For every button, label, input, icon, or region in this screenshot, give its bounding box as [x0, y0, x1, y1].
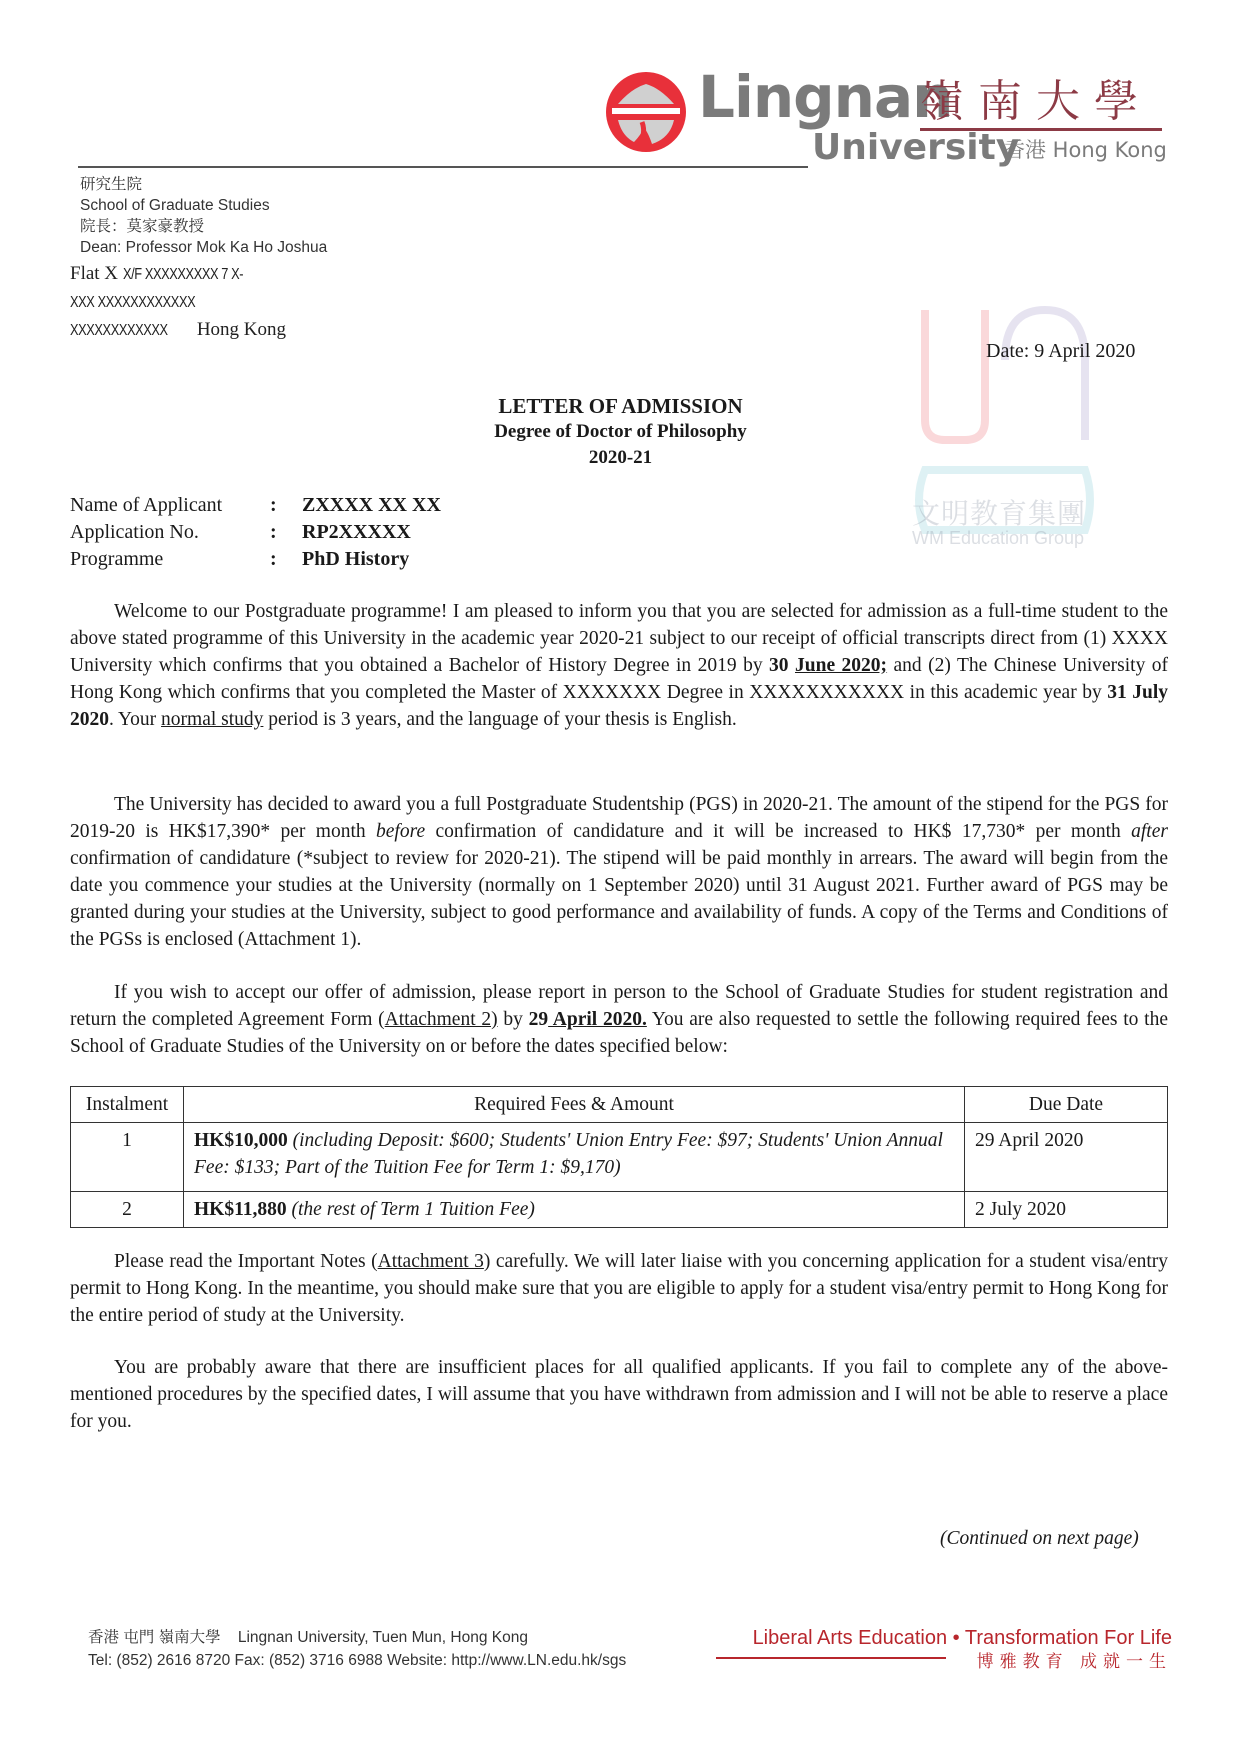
brand-name: Lingnan — [698, 68, 952, 126]
continued-note: (Continued on next page) — [940, 1528, 1139, 1550]
footer-address-en: Lingnan University, Tuen Mun, Hong Kong — [238, 1629, 528, 1646]
address-line-1: Flat X X/F XXXXXXXXX 7 X- — [70, 260, 286, 288]
attachment-ref: Attachment 2) — [385, 1009, 498, 1030]
footer-address: 香港 屯門 嶺南大學 Lingnan University, Tuen Mun,… — [88, 1626, 626, 1649]
text: Please read the Important Notes ( — [114, 1251, 378, 1272]
brand-university: University — [812, 130, 1019, 166]
footer-contact: 香港 屯門 嶺南大學 Lingnan University, Tuen Mun,… — [88, 1626, 626, 1672]
column-header: Due Date — [965, 1087, 1168, 1123]
fee-details: (the rest of Term 1 Tuition Fee) — [287, 1199, 535, 1220]
fee-cell: HK$10,000 (including Deposit: $600; Stud… — [184, 1123, 965, 1192]
slogan-en: Liberal Arts Education • Transformation … — [736, 1626, 1172, 1650]
info-value: ZXXXX XX XX — [302, 492, 441, 519]
address-masked: XXXXXXXXXXXX — [70, 317, 168, 344]
attachment-ref: Attachment 3 — [378, 1251, 484, 1272]
column-header: Instalment — [71, 1087, 184, 1123]
column-header: Required Fees & Amount — [184, 1087, 965, 1123]
address-masked: X/F XXXXXXXXX 7 X- — [123, 261, 243, 288]
fees-table: Instalment Required Fees & Amount Due Da… — [70, 1086, 1168, 1228]
paragraph-studentship: The University has decided to award you … — [70, 791, 1168, 953]
paragraph-places: You are probably aware that there are in… — [70, 1354, 1168, 1435]
paragraph-welcome: Welcome to our Postgraduate programme! I… — [70, 598, 1168, 733]
due-date: 2 July 2020 — [965, 1192, 1168, 1228]
due-date: 29 April 2020 — [965, 1123, 1168, 1192]
instalment-number: 1 — [71, 1123, 184, 1192]
address-city: Hong Kong — [197, 319, 286, 340]
footer-slogan: Liberal Arts Education • Transformation … — [736, 1626, 1172, 1674]
letter-date: Date: 9 April 2020 — [986, 340, 1135, 363]
info-label: Application No. — [70, 519, 270, 546]
table-header-row: Instalment Required Fees & Amount Due Da… — [71, 1087, 1168, 1123]
programme-row: Programme : PhD History — [70, 546, 441, 573]
text: confirmation of candidature (*subject to… — [70, 848, 1168, 950]
brand-name-chinese: 嶺南大學 — [920, 80, 1152, 124]
fee-amount: HK$10,000 — [194, 1130, 288, 1151]
application-no-row: Application No. : RP2XXXXX — [70, 519, 441, 546]
fee-cell: HK$11,880 (the rest of Term 1 Tuition Fe… — [184, 1192, 965, 1228]
dean-cn: 院長：莫家豪教授 — [80, 216, 327, 237]
footer-address-cn: 香港 屯門 嶺南大學 — [88, 1629, 221, 1646]
brand-location: 香港 Hong Kong — [1004, 140, 1167, 161]
applicant-name-row: Name of Applicant : ZXXXX XX XX — [70, 492, 441, 519]
address-line-2: XXX XXXXXXXXXXXX — [70, 288, 286, 316]
text: period is 3 years, and the language of y… — [263, 709, 736, 730]
school-info: 研究生院 School of Graduate Studies 院長：莫家豪教授… — [80, 174, 327, 258]
address-flat: Flat X — [70, 263, 118, 284]
paragraph-acceptance: If you wish to accept our offer of admis… — [70, 979, 1168, 1060]
text: confirmation of candidature and it will … — [425, 821, 1131, 842]
info-label: Programme — [70, 546, 270, 573]
info-value: PhD History — [302, 546, 409, 573]
date-bold: 30 — [769, 655, 795, 676]
date-bold-underlined: June 2020; — [795, 655, 887, 676]
paragraph-important-notes: Please read the Important Notes (Attachm… — [70, 1248, 1168, 1329]
italic-text: before — [376, 821, 425, 842]
recipient-address: Flat X X/F XXXXXXXXX 7 X- XXX XXXXXXXXXX… — [70, 260, 286, 344]
watermark-text-cn: 文明教育集團 — [912, 492, 1086, 532]
info-colon: : — [270, 519, 302, 546]
address-masked: XXX XXXXXXXXXXXX — [70, 289, 195, 316]
applicant-info: Name of Applicant : ZXXXX XX XX Applicat… — [70, 492, 441, 573]
footer-phone-fax-website: Tel: (852) 2616 8720 Fax: (852) 3716 698… — [88, 1649, 626, 1672]
header-divider — [78, 166, 808, 168]
lingnan-logo-icon — [604, 70, 688, 154]
info-label: Name of Applicant — [70, 492, 270, 519]
footer-divider — [716, 1657, 946, 1659]
underlined-text: normal study — [161, 709, 263, 730]
school-name-en: School of Graduate Studies — [80, 195, 327, 216]
school-name-cn: 研究生院 — [80, 174, 327, 195]
text: . Your — [109, 709, 161, 730]
title-line-3: 2020-21 — [0, 445, 1241, 471]
address-line-3: XXXXXXXXXXXX Hong Kong — [70, 316, 286, 344]
date-bold-underlined: April 2020. — [548, 1009, 647, 1030]
fee-amount: HK$11,880 — [194, 1199, 287, 1220]
date-bold: 29 — [529, 1009, 549, 1030]
text: by — [498, 1009, 529, 1030]
table-row: 2 HK$11,880 (the rest of Term 1 Tuition … — [71, 1192, 1168, 1228]
text: You are probably aware that there are in… — [70, 1357, 1168, 1432]
dean-en: Dean: Professor Mok Ka Ho Joshua — [80, 237, 327, 258]
instalment-number: 2 — [71, 1192, 184, 1228]
info-colon: : — [270, 492, 302, 519]
title-line-1: LETTER OF ADMISSION — [0, 393, 1241, 419]
info-value: RP2XXXXX — [302, 519, 411, 546]
table-row: 1 HK$10,000 (including Deposit: $600; St… — [71, 1123, 1168, 1192]
italic-text: after — [1131, 821, 1168, 842]
fee-details: (including Deposit: $600; Students' Unio… — [194, 1130, 943, 1178]
letter-title: LETTER OF ADMISSION Degree of Doctor of … — [0, 393, 1241, 471]
watermark-text-en: WM Education Group — [912, 528, 1084, 549]
info-colon: : — [270, 546, 302, 573]
slogan-cn: 博雅教育 成就一生 — [736, 1650, 1172, 1674]
title-line-2: Degree of Doctor of Philosophy — [0, 419, 1241, 445]
